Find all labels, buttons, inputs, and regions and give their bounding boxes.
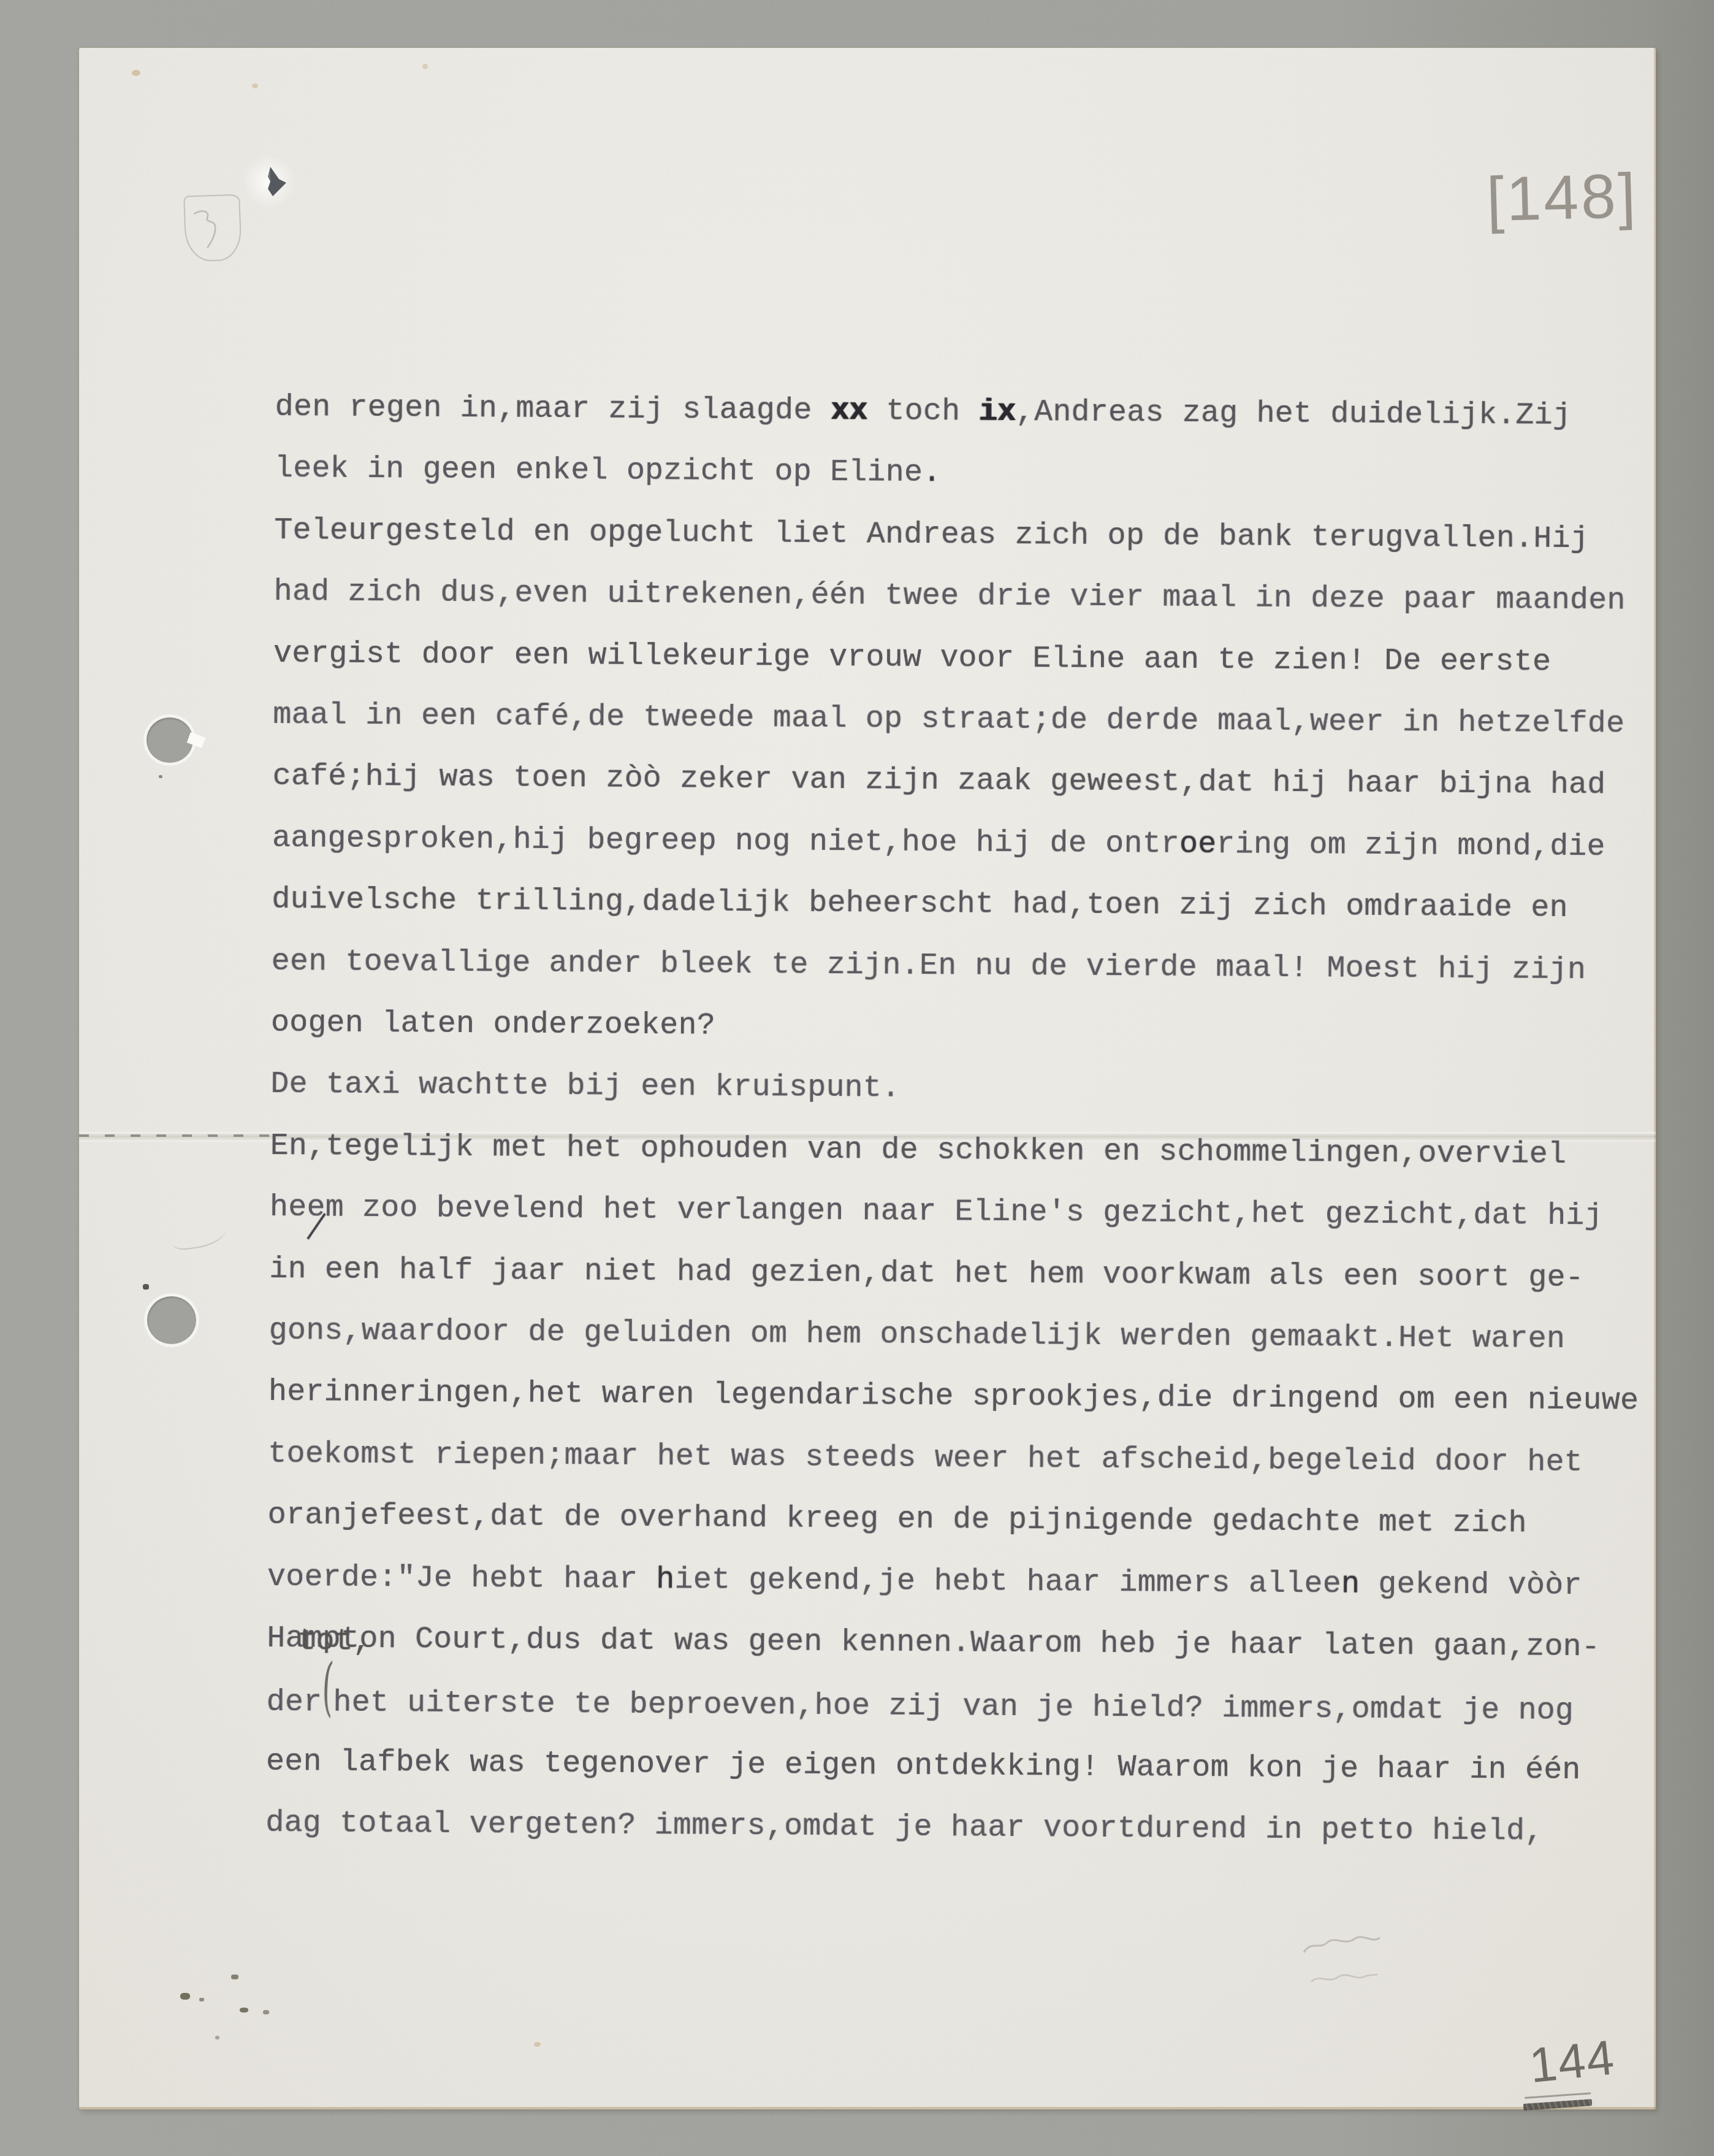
typed-line: oranjefeest,dat de overhand kreeg en de … <box>267 1485 1527 1555</box>
typed-line: voerde:"Je hebt haar hiet gekend,je hebt… <box>267 1547 1582 1617</box>
typed-segment: café;hij was toen zòò zeker van zijn zaa… <box>272 759 1605 803</box>
typed-segment: oranjefeest,dat de overhand kreeg en de … <box>267 1498 1526 1542</box>
typed-line: leek in geen enkel opzicht op Eline. <box>275 438 942 504</box>
typed-line: in een half jaar niet had gezien,dat het… <box>269 1239 1584 1309</box>
typed-segment: iet gekend,je hebt haar immers allee <box>674 1562 1341 1602</box>
typed-segment-bold: n <box>1341 1567 1360 1602</box>
typed-segment-bold: oe <box>1179 827 1217 862</box>
typed-segment: vergist door een willekeurige vrouw voor… <box>273 636 1551 680</box>
pencil-stamp-mark <box>183 194 242 262</box>
rust-stain <box>422 64 428 69</box>
typed-line: oogen laten onderzoeken? <box>271 993 716 1057</box>
typed-segment: dag totaal vergeten? immers,omdat je haa… <box>265 1806 1543 1849</box>
typed-segment: En,tegelijk met het ophouden van de scho… <box>270 1129 1566 1172</box>
ink-speck <box>215 2036 219 2039</box>
typed-line: heem zoo bevelend het verlangen naar Eli… <box>270 1177 1603 1247</box>
typed-line: aangesproken,hij begreep nog niet,hoe hi… <box>272 808 1605 878</box>
typed-segment: gekend vòòr <box>1360 1567 1582 1603</box>
pencil-scribble <box>1293 1925 1440 2005</box>
ink-speck <box>180 1993 190 2000</box>
typed-line: En,tegelijk met het ophouden van de scho… <box>270 1116 1566 1186</box>
typed-segment: in een half jaar niet had gezien,dat het… <box>269 1252 1584 1296</box>
ink-speck <box>199 1998 204 2001</box>
dark-tear-mark <box>252 164 289 202</box>
typed-line: De taxi wachtte bij een kruispunt. <box>270 1054 901 1120</box>
typed-segment-ov: xx <box>831 394 868 429</box>
typed-segment-bold: h <box>656 1562 675 1597</box>
typed-segment: leek in geen enkel opzicht op Eline <box>275 451 923 491</box>
page-number-top-right: [148] <box>1486 160 1639 235</box>
typed-line: café;hij was toen zòò zeker van zijn zaa… <box>272 746 1605 816</box>
typed-line: een lafbek was tegenover je eigen ontdek… <box>266 1732 1581 1802</box>
typed-segment: he <box>270 1190 307 1225</box>
punch-hole <box>147 717 193 763</box>
typed-segment: m zoo bevelend het verlangen naar Eline'… <box>325 1191 1602 1234</box>
typed-text-block: tot, den regen in,maar zij slaagde xx to… <box>265 377 1673 1956</box>
typed-line: gons,waardoor de geluiden om hem onschad… <box>269 1301 1565 1370</box>
typed-line: toekomst riepen;maar het was steeds weer… <box>268 1424 1583 1494</box>
typed-segment: het uiterste te beproeven,hoe zij van je… <box>333 1686 1574 1729</box>
typed-segment: voerde:"Je hebt haar <box>267 1560 657 1597</box>
typed-segment: der <box>266 1685 322 1721</box>
typed-segment: toch <box>867 394 979 429</box>
ink-speck <box>159 775 162 778</box>
typed-segment: duivelsche trilling,dadelijk beheerscht … <box>272 882 1568 926</box>
typed-segment-bold: . <box>923 456 942 491</box>
typed-line: een toevallige ander bleek te zijn.En nu… <box>271 931 1586 1001</box>
typed-line: dag totaal vergeten? immers,omdat je haa… <box>265 1793 1544 1863</box>
typed-segment-slash: e <box>307 1178 326 1239</box>
typed-segment: herinneringen,het waren legendarische sp… <box>269 1375 1639 1419</box>
pencil-scratch <box>170 1218 228 1252</box>
typed-line: Hampton Court,dus dat was geen kennen.Wa… <box>267 1608 1600 1678</box>
typed-line: had zich dus,even uitrekenen,één twee dr… <box>273 562 1626 632</box>
typed-segment-ov: ix <box>978 395 1016 430</box>
rust-stain <box>534 2042 541 2047</box>
typed-segment: den regen in,maar zij slaagde <box>275 390 831 429</box>
typed-line: herinneringen,het waren legendarische sp… <box>269 1362 1639 1432</box>
typed-segment: aangesproken,hij begreep nog niet,hoe hi… <box>272 821 1179 862</box>
typed-line: duivelsche trilling,dadelijk beheerscht … <box>272 870 1568 939</box>
typed-segment: toekomst riepen;maar het was steeds weer… <box>268 1437 1583 1480</box>
typed-segment: gons,waardoor de geluiden om hem onschad… <box>269 1313 1565 1357</box>
typed-segment: Teleurgesteld en opgelucht liet Andreas … <box>274 513 1589 557</box>
typed-segment: een lafbek was tegenover je eigen ontdek… <box>266 1745 1581 1788</box>
typed-segment: had zich dus,even uitrekenen,één twee dr… <box>273 575 1625 619</box>
paper-bottom-edge <box>79 2107 1656 2109</box>
ink-speck <box>263 2010 269 2014</box>
typed-segment: oogen laten onderzoeken? <box>271 1006 715 1044</box>
paper-sheet: [148] tot, den regen in,maar zij slaagde… <box>79 48 1656 2109</box>
page-number-bottom-right: 144 <box>1527 2029 1618 2094</box>
rust-stain <box>132 70 140 76</box>
typed-line: den regen in,maar zij slaagde xx toch ix… <box>275 377 1571 447</box>
typed-line: Teleurgesteld en opgelucht liet Andreas … <box>274 500 1589 570</box>
typed-line: maal in een café,de tweede maal op straa… <box>273 685 1625 755</box>
typed-segment: De taxi wachtte bij een kruispunt. <box>270 1067 900 1106</box>
ink-speck <box>231 1974 238 1979</box>
pencil-squiggle <box>189 202 234 254</box>
rust-stain <box>252 83 258 88</box>
typed-segment: Hampton Court,dus dat was geen kennen.Wa… <box>267 1621 1600 1665</box>
typed-segment: ring om zijn mond,die <box>1216 827 1605 865</box>
typed-segment: ,Andreas zag het duidelijk.Zij <box>1016 395 1572 434</box>
typed-line: der(het uiterste te beproeven,hoe zij va… <box>266 1670 1574 1740</box>
fold-crease-marks <box>79 1134 281 1137</box>
punch-hole <box>147 1296 196 1344</box>
ink-speck <box>143 1284 149 1290</box>
typed-line: vergist door een willekeurige vrouw voor… <box>273 624 1552 694</box>
typed-segment: een toevallige ander bleek te zijn.En nu… <box>271 944 1586 988</box>
typed-segment: maal in een café,de tweede maal op straa… <box>273 698 1624 742</box>
ink-speck <box>240 2008 248 2013</box>
